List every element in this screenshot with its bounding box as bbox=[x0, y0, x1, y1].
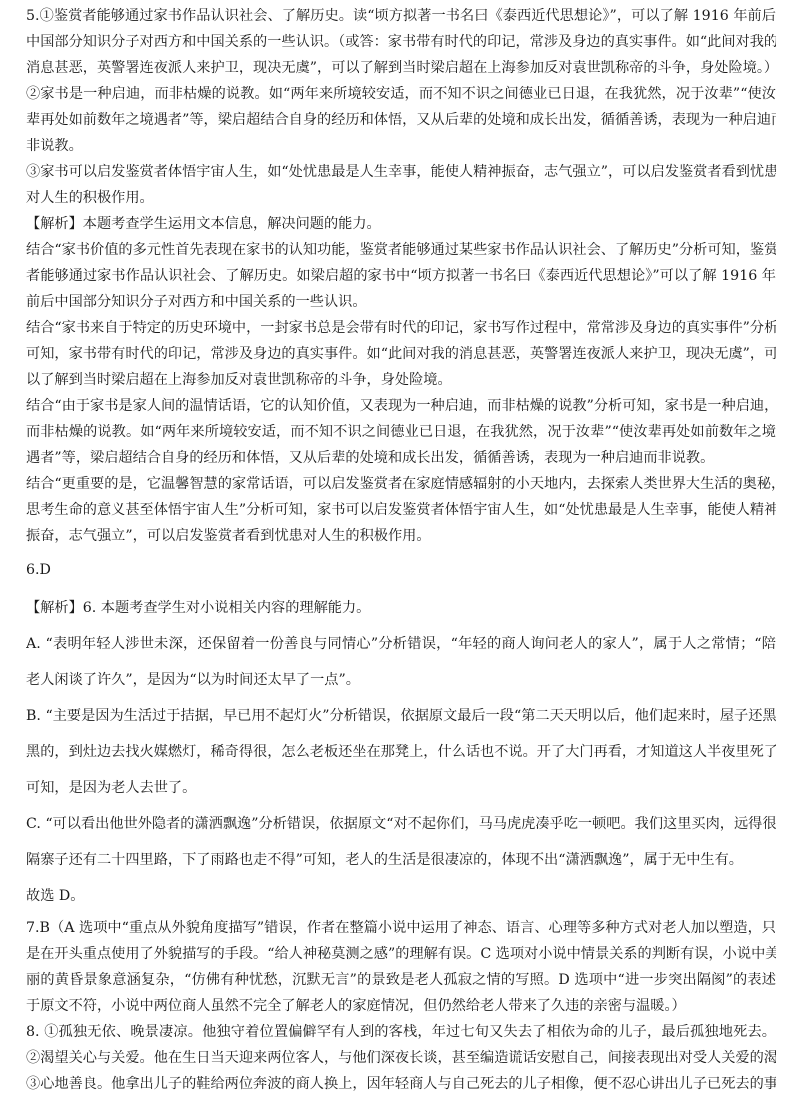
text-line: 8. ①孤独无依、晚景凄凉。他独守着位置偏僻罕有人到的客栈，年过七旬又失去了相依… bbox=[26, 1022, 776, 1042]
text-line: 结合“家书来自于特定的历史环境中，一封家书总是会带有时代的印记，家书写作过程中，… bbox=[26, 318, 776, 338]
text-line: 可知，是因为老人去世了。 bbox=[26, 778, 776, 798]
text-line: 而非枯燥的说教。如“两年来所境较安适，而不知不识之间德业已日退，在我犹然，况于汝… bbox=[26, 422, 776, 442]
text-line: 辈再处如前数年之境遇者”等，梁启超结合自身的经历和体悟，又从后辈的处境和成长出发… bbox=[26, 110, 776, 130]
text-line: 中国部分知识分子对西方和中国关系的一些认识。（或答：家书带有时代的印记，常涉及身… bbox=[26, 32, 776, 52]
text-line: 消息甚恶，英警署连夜派人来护卫，现决无虞”，可以了解到当时梁启超在上海参加反对袁… bbox=[26, 58, 776, 78]
text-line: 对人生的积极作用。 bbox=[26, 188, 776, 208]
text-line: 是在开头重点使用了外貌描写的手段。“给人神秘莫测之感”的理解有误。C 选项对小说… bbox=[26, 944, 776, 964]
text-line: C. “可以看出他世外隐者的潇洒飘逸”分析错误，依据原文“对不起你们，马马虎虎凑… bbox=[26, 814, 776, 834]
text-line: 结合“由于家书是家人间的温情话语，它的认知价值，又表现为一种启迪，而非枯燥的说教… bbox=[26, 396, 776, 416]
text-line: 7.B（A 选项中“重点从外貌角度描写”错误，作者在整篇小说中运用了神态、语言、… bbox=[26, 918, 776, 938]
text-line: 思考生命的意义甚至体悟宇宙人生”分析可知，家书可以启发鉴赏者体悟宇宙人生，如“处… bbox=[26, 500, 776, 520]
text-line: ③心地善良。他拿出儿子的鞋给两位奔波的商人换上，因年轻商人与自己死去的儿子相像，… bbox=[26, 1074, 776, 1094]
text-line: 前后中国部分知识分子对西方和中国关系的一些认识。 bbox=[26, 292, 776, 312]
text-line: 【解析】本题考查学生运用文本信息，解决问题的能力。 bbox=[26, 214, 776, 234]
text-line: 者能够通过家书作品认识社会、了解历史。如梁启超的家书中“顷方拟著一书名曰《泰西近… bbox=[26, 266, 776, 286]
text-line: 结合“更重要的是，它温馨智慧的家常话语，可以启发鉴赏者在家庭情感辐射的小天地内，… bbox=[26, 474, 776, 494]
text-line: 结合“家书价值的多元性首先表现在家书的认知功能，鉴赏者能够通过某些家书作品认识社… bbox=[26, 240, 776, 260]
text-line: ②家书是一种启迪，而非枯燥的说教。如“两年来所境较安适，而不知不识之间德业已日退… bbox=[26, 84, 776, 104]
text-line: 振奋，志气强立”，可以启发鉴赏者看到忧患对人生的积极作用。 bbox=[26, 526, 776, 546]
text-line: ③家书可以启发鉴赏者体悟宇宙人生，如“处忧患最是人生幸事，能使人精神振奋，志气强… bbox=[26, 162, 776, 182]
text-line: 隔寨子还有二十四里路，下了雨路也走不得”可知，老人的生活是很凄凉的，体现不出“潇… bbox=[26, 850, 776, 870]
text-line: 可知，家书带有时代的印记，常涉及身边的真实事件。如“此间对我的消息甚恶，英警署连… bbox=[26, 344, 776, 364]
text-line: B. “主要是因为生活过于拮据，早已用不起灯火”分析错误，依据原文最后一段“第二… bbox=[26, 706, 776, 726]
text-line: 于原文不符，小说中两位商人虽然不完全了解老人的家庭情况，但仍然给老人带来了久违的… bbox=[26, 996, 776, 1016]
text-line: 黑的，到灶边去找火媒燃灯，稀奇得很，怎么老板还坐在那凳上，什么话也不说。开了大门… bbox=[26, 742, 776, 762]
text-line: A. “表明年轻人涉世未深，还保留着一份善良与同情心”分析错误，“年轻的商人询问… bbox=[26, 634, 776, 654]
text-line: 遇者”等，梁启超结合自身的经历和体悟，又从后辈的处境和成长出发，循循善诱，表现为… bbox=[26, 448, 776, 468]
truncated-line bbox=[26, 1104, 506, 1115]
text-line: ②渴望关心与关爱。他在生日当天迎来两位客人，与他们深夜长谈，甚至编造谎话安慰自己… bbox=[26, 1048, 776, 1068]
text-line: 【解析】6. 本题考查学生对小说相关内容的理解能力。 bbox=[26, 598, 776, 618]
text-line: 故选 D。 bbox=[26, 886, 776, 906]
text-line: 以了解到当时梁启超在上海参加反对袁世凯称帝的斗争，身处险境。 bbox=[26, 370, 776, 390]
text-line: 丽的黄昏景象意涵复杂，“仿佛有种忧愁，沉默无言”的景致是老人孤寂之情的写照。D … bbox=[26, 970, 776, 990]
text-line: 老人闲谈了许久”，是因为“以为时间还太早了一点”。 bbox=[26, 670, 776, 690]
text-line: 5.①鉴赏者能够通过家书作品认识社会、了解历史。读“顷方拟著一书名曰《泰西近代思… bbox=[26, 6, 776, 26]
text-line: 6.D bbox=[26, 560, 776, 580]
text-line: 非说教。 bbox=[26, 136, 776, 156]
